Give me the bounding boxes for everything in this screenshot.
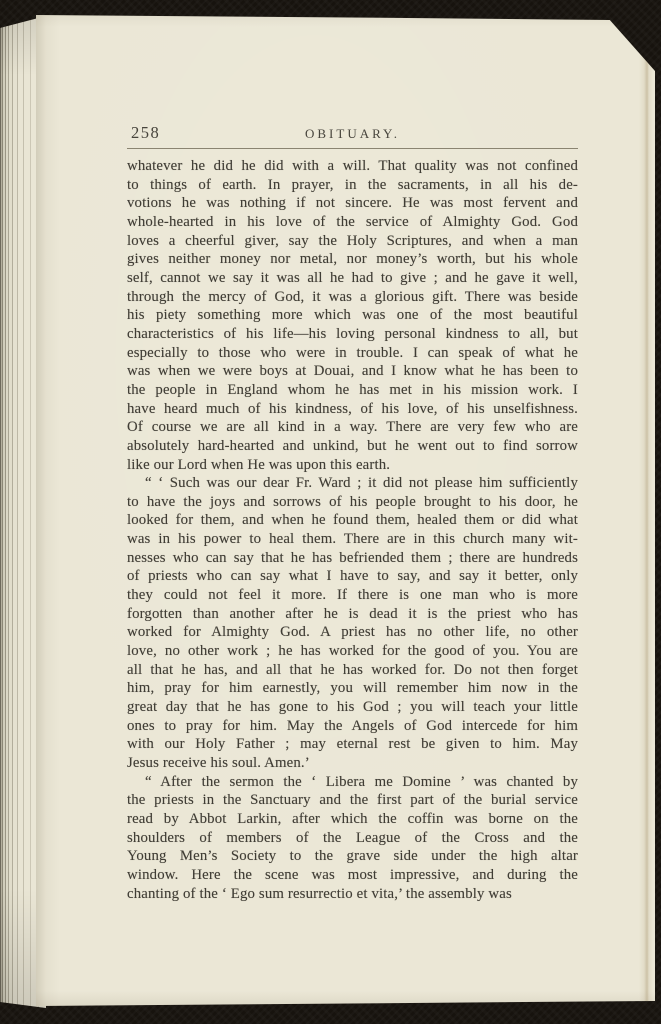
text-line: loves a cheerful giver, say the Holy Scr…	[127, 232, 578, 251]
text-line: love, no other work ; he has worked for …	[127, 642, 578, 661]
text-line: whatever he did he did with a will. That…	[127, 157, 578, 176]
text-line: self, cannot we say it was all he had to…	[127, 269, 578, 288]
text-line: his piety something more which was one o…	[127, 306, 578, 325]
text-line: to have the joys and sorrows of his peop…	[127, 493, 578, 512]
text-line: shoulders of members of the League of th…	[127, 829, 578, 848]
text-line: was in his power to heal them. There are…	[127, 530, 578, 549]
scanned-book-photo: 258 OBITUARY. whatever he did he did wit…	[0, 0, 661, 1024]
text-line: whole-hearted in his love of the service…	[127, 213, 578, 232]
text-line: characteristics of his life—his loving p…	[127, 325, 578, 344]
text-line: with our Holy Father ; may eternal rest …	[127, 735, 578, 754]
page-body: whatever he did he did with a will. That…	[127, 157, 578, 903]
text-line: especially to those who were in trouble.…	[127, 344, 578, 363]
text-line: worked for Almighty God. A priest has no…	[127, 623, 578, 642]
text-line: read by Abbot Larkin, after which the co…	[127, 810, 578, 829]
text-line: the people in England whom he has met in…	[127, 381, 578, 400]
text-line: him, pray for him earnestly, you will re…	[127, 679, 578, 698]
paragraph: whatever he did he did with a will. That…	[127, 157, 578, 474]
page-content: 258 OBITUARY. whatever he did he did wit…	[127, 119, 578, 903]
text-line: the priests in the Sanctuary and the fir…	[127, 791, 578, 810]
running-header: OBITUARY.	[127, 126, 578, 142]
text-line: “ After the sermon the ‘ Libera me Domin…	[127, 773, 578, 792]
text-line: gives neither money nor metal, nor money…	[127, 250, 578, 269]
text-line: have heard much of his kindness, of his …	[127, 400, 578, 419]
paragraph: “ After the sermon the ‘ Libera me Domin…	[127, 773, 578, 904]
text-line: all that he has, and all that he has wor…	[127, 661, 578, 680]
book-page: 258 OBITUARY. whatever he did he did wit…	[36, 13, 655, 1007]
page-header: 258 OBITUARY.	[127, 119, 578, 145]
text-line: of priests who can say what I have to sa…	[127, 567, 578, 586]
text-line: to things of earth. In prayer, in the sa…	[127, 176, 578, 195]
text-line: they could not feel it more. If there is…	[127, 586, 578, 605]
text-line: like our Lord when He was upon this eart…	[127, 456, 578, 475]
text-line: was when we were boys at Douai, and I kn…	[127, 362, 578, 381]
text-line: ones to pray for him. May the Angels of …	[127, 717, 578, 736]
text-line: looked for them, and when he found them,…	[127, 511, 578, 530]
text-line: window. Here the scene was most impressi…	[127, 866, 578, 885]
text-line: great day that he has gone to his God ; …	[127, 698, 578, 717]
text-line: forgotten than another after he is dead …	[127, 605, 578, 624]
text-line: nesses who can say that he has befriende…	[127, 549, 578, 568]
text-line: “ ‘ Such was our dear Fr. Ward ; it did …	[127, 474, 578, 493]
text-line: chanting of the ‘ Ego sum resurrectio et…	[127, 885, 578, 904]
text-line: votions he was nothing if not sincere. H…	[127, 194, 578, 213]
text-line: through the mercy of God, it was a glori…	[127, 288, 578, 307]
text-line: Jesus receive his soul. Amen.’	[127, 754, 578, 773]
text-line: absolutely hard-hearted and unkind, but …	[127, 437, 578, 456]
header-rule	[127, 148, 578, 149]
text-line: Of course we are all kind in a way. Ther…	[127, 418, 578, 437]
paragraph: “ ‘ Such was our dear Fr. Ward ; it did …	[127, 474, 578, 773]
text-line: Young Men’s Society to the grave side un…	[127, 847, 578, 866]
